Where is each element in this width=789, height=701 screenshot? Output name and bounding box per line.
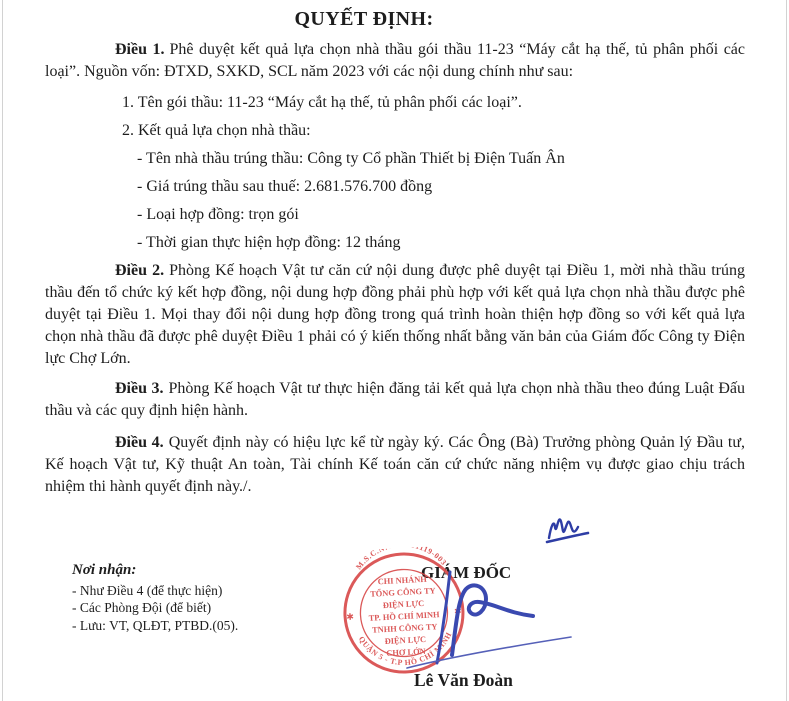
article-2-label: Điều 2. <box>115 262 169 279</box>
article-1-label: Điều 1. <box>115 41 170 58</box>
document-body: QUYẾT ĐỊNH: Điều 1.Phê duyệt kết quả lựa… <box>45 6 745 498</box>
signature-vertical-stroke <box>437 572 450 663</box>
initial-underline <box>547 533 588 542</box>
article-1: Điều 1.Phê duyệt kết quả lựa chọn nhà th… <box>45 39 745 83</box>
scan-edge-right <box>786 0 787 701</box>
signer-name: Lê Văn Đoàn <box>414 670 513 691</box>
article-4: Điều 4.Quyết định này có hiệu lực kể từ … <box>45 432 745 498</box>
list-item-contract-type: - Loại hợp đồng: trọn gói <box>122 204 745 226</box>
signature-underline-stroke <box>407 637 571 668</box>
article-2: Điều 2.Phòng Kế hoạch Vật tư căn cứ nội … <box>45 260 745 370</box>
recipients-line: - Như Điều 4 (để thực hiện) <box>72 582 238 600</box>
recipients-line: - Các Phòng Đội (để biết) <box>72 599 238 617</box>
seal-star-left-icon: ✱ <box>346 612 354 622</box>
list-item-winner: - Tên nhà thầu trúng thầu: Công ty Cổ ph… <box>122 148 745 170</box>
article-3: Điều 3.Phòng Kế hoạch Vật tư thực hiện đ… <box>45 378 745 422</box>
document-title: QUYẾT ĐỊNH: <box>14 8 714 31</box>
initial-paraph-mark <box>540 512 595 547</box>
article-3-label: Điều 3. <box>115 380 168 397</box>
recipients-block: Nơi nhận: - Như Điều 4 (để thực hiện) - … <box>72 562 238 634</box>
list-item-result-heading: 2. Kết quả lựa chọn nhà thầu: <box>122 120 745 142</box>
recipients-line: - Lưu: VT, QLĐT, PTBD.(05). <box>72 617 238 635</box>
list-item-duration: - Thời gian thực hiện hợp đồng: 12 tháng <box>122 232 745 254</box>
director-signature <box>390 558 590 678</box>
list-item-price: - Giá trúng thầu sau thuế: 2.681.576.700… <box>122 176 745 198</box>
article-4-label: Điều 4. <box>115 434 169 451</box>
recipients-heading: Nơi nhận: <box>72 562 238 580</box>
scan-edge-left <box>2 0 3 701</box>
article-1-list: 1. Tên gói thầu: 11-23 “Máy cắt hạ thế, … <box>45 92 745 254</box>
list-item-package-name: 1. Tên gói thầu: 11-23 “Máy cắt hạ thế, … <box>122 92 745 114</box>
